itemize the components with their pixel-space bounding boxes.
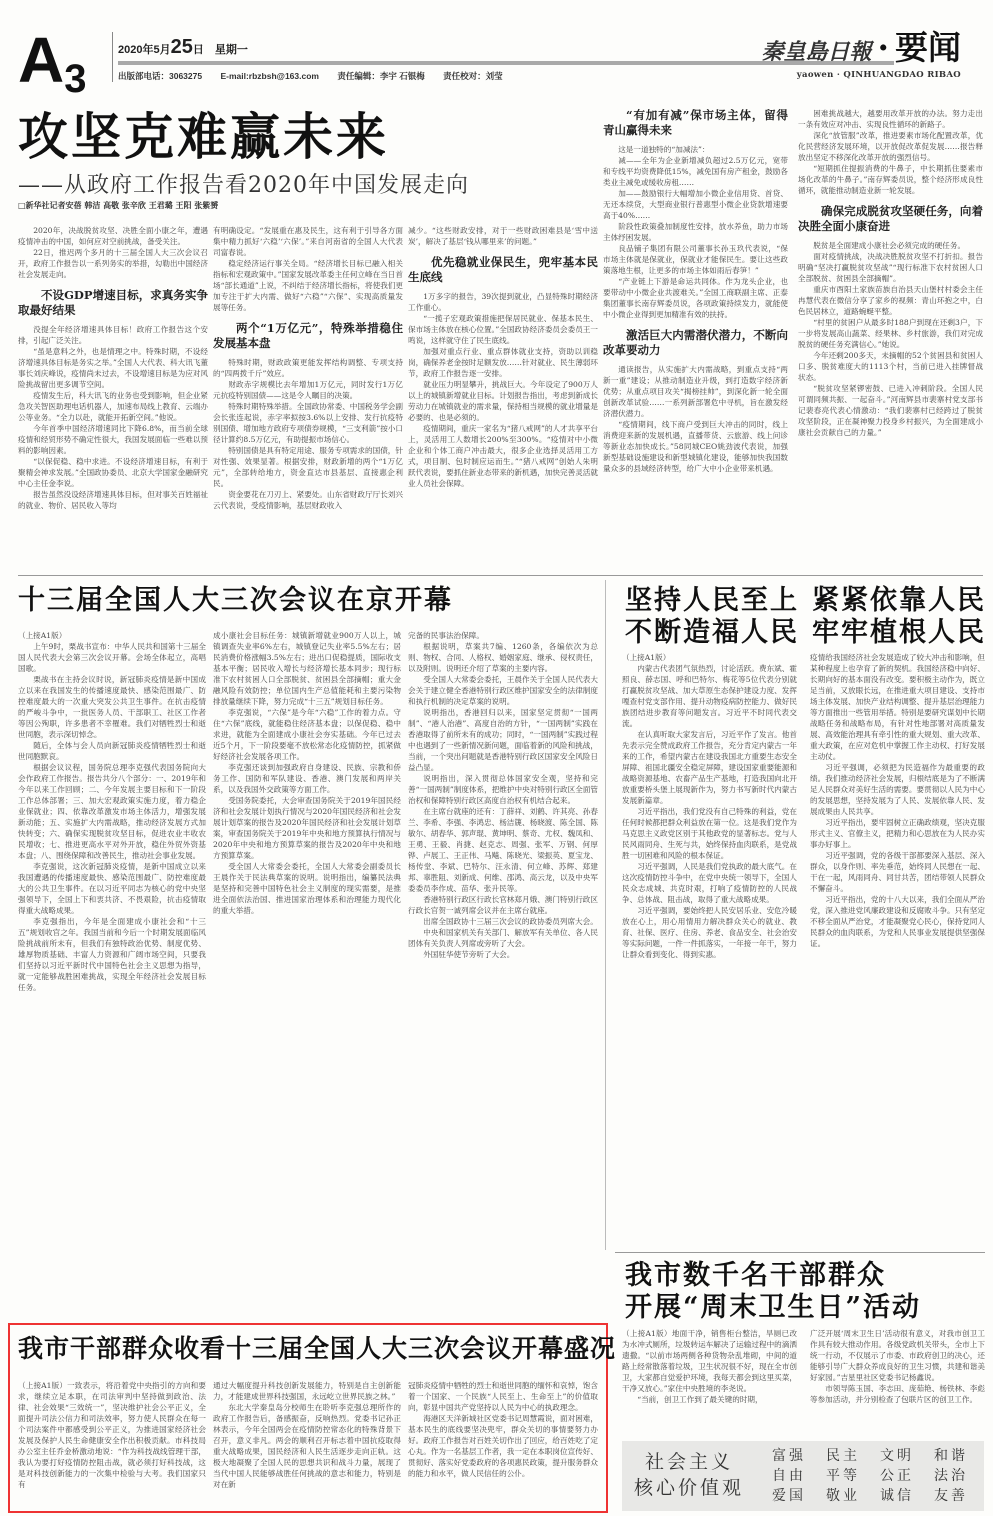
value-item: 公正 bbox=[880, 1467, 930, 1486]
hygiene-column-2: 广泛开展‘周末卫生日’活动很有意义，对我市创卫工作具有较大推动作用。各级党政机关… bbox=[810, 1328, 985, 1436]
paragraph: 东北大学秦皇岛分校师生在聆听李克强总理所作的政府工作报告后，备感振奋，反响热烈。… bbox=[213, 1402, 401, 1490]
headline-line: 坚持人民至上 bbox=[625, 585, 799, 617]
paragraph: 习近平强调，党的各级干部都要深入基层、深入群众，以身作则、率先垂范，始终同人民想… bbox=[810, 850, 985, 894]
paragraph: 疫情发生后，科大讯飞的业务也受到影响，但企业紧急攻关智医助理电话机器人，加速布局… bbox=[18, 390, 208, 423]
paragraph: 通读报告，从实施扩大内需战略，到重点支持“两新一重”建设；从推动制造业升级，到打… bbox=[603, 364, 788, 419]
paragraph: 香港特别行政区行政长官林郑月娥、澳门特别行政区行政长官贺一诚列席会议并在主席台就… bbox=[408, 894, 598, 916]
paragraph: 受全国人大常委会委托，王晨作关于全国人民代表大会关于建立健全香港特别行政区维护国… bbox=[408, 674, 598, 707]
paragraph: 疫情期间，重庆一家名为“猪八戒网”的人才共享平台上，灵活用工人数增长200%至3… bbox=[408, 423, 598, 489]
paragraph: 上午9时，栗战书宣布：中华人民共和国第十三届全国人民代表大会第三次会议开幕。会场… bbox=[18, 641, 206, 674]
paragraph: “脱贫攻坚紧锣密鼓、已进入冲刺阶段。全国人民可谓同频共振、一起奋斗。”河南辉县市… bbox=[798, 383, 983, 438]
column-divider bbox=[605, 580, 606, 1250]
lead-column-2: 有明确设定。“发展重在惠及民生，这有利于引导各方面集中精力抓好‘六稳’‘六保’。… bbox=[213, 225, 403, 570]
paragraph: 良品铺子集团有限公司董事长孙玉玖代表说，“保市场主体就是保就业，保就业才能保民生… bbox=[603, 243, 788, 276]
paragraph: 报告虽然没设经济增速具体目标，但对事关百姓福祉的就业、物价、居民收入等均 bbox=[18, 489, 208, 511]
paragraph: “疫情期间，线下商户受到巨大冲击的同时，线上消费迎来新的发展机遇，直播带货、云旅… bbox=[603, 419, 788, 474]
paragraph: 栗战书在主持会议时说，新冠肺炎疫情是新中国成立以来在我国发生的传播速度最快、感染… bbox=[18, 674, 206, 740]
paragraph: 加强对重点行业、重点群体就业支持，资助以训稳岗，确保养老金按时足额发放……针对就… bbox=[408, 346, 598, 379]
paragraph: 22日，推迟两个多月的十三届全国人大三次会议召开，政府工作报告以一系列务实的举措… bbox=[18, 247, 208, 280]
paragraph: “当前，创卫工作到了最关键的时期， bbox=[622, 1394, 797, 1405]
npc-column-1: （上接A1版） 上午9时，栗战书宣布：中华人民共和国第十三届全国人民代表大会第三… bbox=[18, 630, 206, 1320]
paragraph: （上接A1版）地面干净，销售柜台整洁，旱厕已改为水冲式厕所，垃圾转运车解决了运输… bbox=[622, 1328, 797, 1394]
paragraph: 习近平指出，要牢固树立正确政绩观，坚决克服形式主义、官僚主义，把精力和心思放在为… bbox=[810, 817, 985, 850]
masthead-info: 出版部电话：3063275 E-mail:rbzbsh@163.com 责任编辑… bbox=[118, 70, 519, 82]
core-values-grid: 富强 民主 文明 和谐 自由 平等 公正 法治 爱国 敬业 诚信 友善 bbox=[772, 1447, 984, 1506]
paragraph: 习近平指出，我们党没有自己特殊的利益，党在任何时候都把群众利益放在第一位。这是我… bbox=[622, 806, 797, 861]
core-values-title: 社会主义 核心价值观 bbox=[634, 1449, 744, 1501]
page-digit: 3 bbox=[64, 57, 86, 101]
value-item: 文明 bbox=[880, 1447, 930, 1466]
dateline: 2020年5月25日 星期一 bbox=[118, 36, 248, 59]
paragraph: 受国务院委托，大会审查国务院关于2019年国民经济和社会发展计划执行情况与202… bbox=[213, 795, 401, 861]
value-item: 爱国 bbox=[772, 1487, 822, 1506]
page-number: A3 bbox=[18, 28, 86, 102]
hygiene-column-1: （上接A1版）地面干净，销售柜台整洁，旱厕已改为水冲式厕所，垃圾转运车解决了运输… bbox=[622, 1328, 797, 1436]
paragraph: 说明指出，香港回归以来，国家坚定贯彻“一国两制”、“港人治港”、高度自治的方针，… bbox=[408, 707, 598, 773]
paragraph: 中央和国家机关有关部门、解放军有关单位、各人民团体有关负责人列席或旁听了大会。 bbox=[408, 927, 598, 949]
paragraph: 就业压力明显攀升，挑战巨大。今年设定了900万人以上的城镇新增就业目标。计划报告… bbox=[408, 379, 598, 423]
editors: 责任编辑：李宇 石银梅 bbox=[337, 71, 424, 81]
paragraph: 特殊时期，财政政策更能发挥结构调整、专项支持的“四两拨千斤”效应。 bbox=[213, 357, 403, 379]
paragraph: 1万多字的报告，39次提到就业，凸显特殊时期经济工作重心。 bbox=[408, 291, 598, 313]
headline-line: 紧紧依靠人民 bbox=[812, 585, 986, 617]
value-item: 敬业 bbox=[826, 1487, 876, 1506]
paragraph: 习近平强调，要始终把人民安居乐业、安危冷暖放在心上，用心用情用力解决群众关心的就… bbox=[622, 905, 797, 960]
npc-headline: 十三届全国人大三次会议在京开幕 bbox=[18, 585, 453, 616]
paper-name: 秦皇島日報 bbox=[761, 39, 871, 65]
paragraph: 市领导陈玉国、李志田、庞茹艳、杨铁林、李彪等参加活动，并分别检查了包联片区的创卫… bbox=[810, 1383, 985, 1405]
section-subhead: 确保完成脱贫攻坚硬任务，向着决胜全面小康奋进 bbox=[798, 204, 983, 234]
headline-line: 不断造福人民 bbox=[625, 617, 799, 649]
paragraph: 在认真听取大家发言后，习近平作了发言。他首先表示完全赞成政府工作报告，充分肯定内… bbox=[622, 729, 797, 806]
paragraph: 根据说明，草案共7编、1260条，各编依次为总则、物权、合同、人格权、婚姻家庭、… bbox=[408, 641, 598, 674]
page-letter: A bbox=[18, 24, 62, 96]
paragraph: 重庆市酉阳土家族苗族自治县天山堡村村委会主任冉慧代表在微信分享了家乡的视频：青山… bbox=[798, 284, 983, 317]
lead-column-5: 困难挑战越大，越要用改革开放的办法。努力走出一条有效应对冲击、实现良性循环的新路… bbox=[798, 108, 983, 570]
paragraph: “虽是意料之外，也是情理之中。特殊时期，不设经济增速具体目标是务实之举。”全国人… bbox=[18, 346, 208, 390]
paragraph: 特别国债是具有特定用途、服务专项需求的国债，针对性强、效果显著。根据安排，财政新… bbox=[213, 445, 403, 489]
paragraph: 今年首季中国经济增速同比下降6.8%，而当前全球疫情和经贸形势不确定性很大，我国… bbox=[18, 423, 208, 456]
email-link[interactable]: E-mail:rbzbsh@163.com bbox=[220, 71, 319, 81]
phone: 出版部电话：3063275 bbox=[118, 71, 202, 81]
headline-line: 开展“周末卫生日”活动 bbox=[625, 1292, 921, 1324]
hygiene-headline: 我市数千名干部群众 开展“周末卫生日”活动 bbox=[625, 1260, 921, 1325]
paragraph: 阶段性政策叠加制度性安排，放水养鱼，助力市场主体纾困发展。 bbox=[603, 221, 788, 243]
paragraph: 外国驻华使节旁听了大会。 bbox=[408, 949, 598, 960]
paragraph: 资金要花在刀刃上、紧要处。山东省财政厅厅长刘兴云代表说，受疫情影响，基层财政收入 bbox=[213, 489, 403, 511]
paragraph: 脱贫是全面建成小康社会必须完成的硬任务。 bbox=[798, 240, 983, 251]
xi-column-1: （上接A1版） 内蒙古代表团气氛热烈，讨论活跃。费东斌、霍照良、薛志国、呼和巴特… bbox=[622, 652, 797, 1247]
section-subhead: 两个“1万亿元”，特殊举措稳住发展基本盘 bbox=[213, 321, 403, 351]
paragraph: 加——鼓励银行大幅增加小微企业信用贷、首贷、无还本续贷，大型商业银行普惠型小微企… bbox=[603, 188, 788, 221]
title-line: 社会主义 bbox=[634, 1449, 744, 1475]
section-divider bbox=[18, 575, 983, 576]
date-suffix: 日 bbox=[193, 44, 204, 56]
paragraph: 随后，全体与会人员向新冠肺炎疫情牺牲烈士和逝世同胞默哀。 bbox=[18, 740, 206, 762]
xi-headline-right: 紧紧依靠人民 牢牢植根人民 bbox=[812, 585, 986, 650]
local-column-2: 通过大幅度提升科技创新发展能力，特别是自主创新能力，才能建成世界科技强国，永远屹… bbox=[213, 1380, 401, 1510]
weekday: 星期一 bbox=[215, 44, 248, 56]
paper-brand: 秦皇島日報·要闻 bbox=[761, 22, 961, 69]
paragraph: 李克强指出，今年是全面建成小康社会和“十三五”规划收官之年。我国当前和今后一个时… bbox=[18, 916, 206, 993]
value-item: 富强 bbox=[772, 1447, 822, 1466]
paragraph: 有明确设定。“发展重在惠及民生，这有利于引导各方面集中精力抓好‘六稳’‘六保’。… bbox=[213, 225, 403, 258]
section-subhead: 激活巨大内需潜伏潜力，不断向改革要动力 bbox=[603, 328, 788, 358]
paragraph: 出席全国政协十三届三次会议的政协委员列席大会。 bbox=[408, 916, 598, 927]
paragraph: （上接A1版）一致表示，将沿着党中央指引的方向和要求，继续立足本职，在司法审判中… bbox=[18, 1380, 206, 1490]
paragraph: 减——全年为企业新增减负超过2.5万亿元，宽带和专线平均资费降低15%，减免国有… bbox=[603, 155, 788, 188]
headline-line: 牢牢植根人民 bbox=[812, 617, 986, 649]
value-item: 友善 bbox=[934, 1487, 984, 1506]
section-name: 要闻 bbox=[895, 28, 961, 67]
lead-subtitle: ——从政府工作报告看2020年中国发展走向 bbox=[18, 168, 469, 199]
paragraph: 困难挑战越大，越要用改革开放的办法。努力走出一条有效应对冲击、实现良性循环的新路… bbox=[798, 108, 983, 130]
section-subhead: 优先稳就业保民生，兜牢基本民生底线 bbox=[408, 255, 598, 285]
lead-column-4: “有加有减”保市场主体，留得青山赢得未来 这是一道独特的“加减法”： 减——全年… bbox=[603, 108, 788, 570]
paragraph: 今年还剩200多天，未摘帽的52个贫困县和贫困人口多、脱贫难度大的1113个村，… bbox=[798, 350, 983, 383]
paragraph: 广泛开展‘周末卫生日’活动很有意义，对我市创卫工作具有较大推动作用。各级党政机关… bbox=[810, 1328, 985, 1383]
paragraph: 深化“放管服”改革，推进要素市场化配置改革，优化民营经济发展环境，以开放促改革促… bbox=[798, 130, 983, 163]
paragraph: 李克强说，这次新冠肺炎疫情，是新中国成立以来我国遭遇的传播速度最快、感染范围最广… bbox=[18, 861, 206, 916]
lead-column-1: 2020年，决战脱贫攻坚、决胜全面小康之年，遭遇疫情冲击的中国，如何应对空前挑战… bbox=[18, 225, 208, 570]
proofreader: 责任校对：刘莹 bbox=[443, 71, 503, 81]
paragraph: “产业链上下游是命运共同体。作为龙头企业，也要带动中小微企业共渡难关。”全国工商… bbox=[603, 276, 788, 320]
paragraph: 在主席台就座的还有：丁薛祥、刘鹤、许其亮、孙春兰、李希、李强、李鸿忠、杨洁篪、杨… bbox=[408, 806, 598, 894]
paragraph: 减少。“这些财政安排，对于一些财政困难县是‘雪中送炭’，解决了基层‘钱从哪里来’… bbox=[408, 225, 598, 247]
paragraph: 2020年，决战脱贫攻坚、决胜全面小康之年，遭遇疫情冲击的中国，如何应对空前挑战… bbox=[18, 225, 208, 247]
local-column-1: （上接A1版）一致表示，将沿着党中央指引的方向和要求，继续立足本职，在司法审判中… bbox=[18, 1380, 206, 1510]
paragraph: 没提全年经济增速具体目标！政府工作报告这个安排，引起广泛关注。 bbox=[18, 324, 208, 346]
xi-column-2: 疫情给我国经济社会发展造成了较大冲击和影响，但某种程度上也孕育了新的契机。我国经… bbox=[810, 652, 985, 1247]
value-item: 自由 bbox=[772, 1467, 822, 1486]
paragraph: 成小康社会目标任务：城镇新增就业900万人以上，城镇调查失业率6%左右，城镇登记… bbox=[213, 630, 401, 707]
brand-dot: · bbox=[878, 28, 890, 67]
local-headline: 我市干部群众收看十三届全国人大三次会议开幕盛况 bbox=[18, 1335, 616, 1364]
masthead-divider bbox=[112, 32, 113, 82]
section-subhead: 不设GDP增速目标，求真务实争取最好结果 bbox=[18, 288, 208, 318]
paragraph: 海港区天洋新城社区党委书记周慧霞说，面对困难，基本民生的底线要坚决兜牢，群众关切… bbox=[408, 1413, 598, 1479]
paragraph: 这是一道独特的“加减法”： bbox=[603, 144, 788, 155]
paragraph: 稳定经济运行事关全局。“经济增长目标已融入相关指标和宏观政策中。”国家发展改革委… bbox=[213, 258, 403, 313]
paragraph: 内蒙古代表团气氛热烈，讨论活跃。费东斌、霍照良、薛志国、呼和巴特尔、梅花等5位代… bbox=[622, 663, 797, 729]
core-values-banner: 社会主义 核心价值观 富强 民主 文明 和谐 自由 平等 公正 法治 爱国 敬业… bbox=[622, 1441, 984, 1511]
paragraph: 受全国人大常委会委托，全国人大常委会副委员长王晨作关于民法典草案的说明。说明指出… bbox=[213, 861, 401, 916]
value-item: 平等 bbox=[826, 1467, 876, 1486]
value-item: 法治 bbox=[934, 1467, 984, 1486]
paragraph: 冠肺炎疫情中牺牲的烈士和逝世同胞的缅怀和哀悼，饱含着一个国家、一个民族“人民至上… bbox=[408, 1380, 598, 1413]
paragraph: 完备的民事法治保障。 bbox=[408, 630, 598, 641]
paragraph: 李克强说，“六保”是今年“六稳”工作的着力点。守住“六保”底线，就能稳住经济基本… bbox=[213, 707, 401, 762]
lead-byline: □新华社记者安蓓 韩洁 高敬 张辛欣 王君璐 王阳 张紫赟 bbox=[18, 200, 218, 211]
paragraph: 说明指出，深入贯彻总体国家安全观，坚持和完善“一国两制”制度体系，把维护中央对特… bbox=[408, 773, 598, 806]
continued-label: （上接A1版） bbox=[18, 630, 206, 641]
value-item: 诚信 bbox=[880, 1487, 930, 1506]
date-prefix: 2020年5月 bbox=[118, 44, 171, 56]
xi-headline-left: 坚持人民至上 不断造福人民 bbox=[625, 585, 799, 650]
value-item: 和谐 bbox=[934, 1447, 984, 1466]
paragraph: 疫情给我国经济社会发展造成了较大冲击和影响，但某种程度上也孕育了新的契机。我国经… bbox=[810, 652, 985, 762]
section-english: yaowen · QINHUANGDAO RIBAO bbox=[797, 70, 961, 80]
paragraph: “短期抓住提振消费的牛鼻子，中长期抓住要素市场化改革的牛鼻子。”南存辉委员说，整… bbox=[798, 163, 983, 196]
value-item: 民主 bbox=[826, 1447, 876, 1466]
section-subhead: “有加有减”保市场主体，留得青山赢得未来 bbox=[603, 108, 788, 138]
title-line: 核心价值观 bbox=[634, 1475, 744, 1501]
lead-column-3: 减少。“这些财政安排，对于一些财政困难县是‘雪中送炭’，解决了基层‘钱从哪里来’… bbox=[408, 225, 598, 570]
paragraph: “一揽子宏观政策措施把保居民就业、保基本民生、保市场主体放在核心位置。”全国政协… bbox=[408, 313, 598, 346]
paragraph: “村里的贫困户从最多时188户到现在还剩3户，下一步将发展高山蔬菜、经果林、乡村… bbox=[798, 317, 983, 350]
date-day: 25 bbox=[171, 36, 193, 58]
paragraph: 根据会议议程，国务院总理李克强代表国务院向大会作政府工作报告。报告共分八个部分：… bbox=[18, 762, 206, 861]
paragraph: 面对疫情挑战，决战决胜脱贫攻坚不打折扣。报告明确“坚决打赢脱贫攻坚战”“现行标准… bbox=[798, 251, 983, 284]
continued-label: （上接A1版） bbox=[622, 652, 797, 663]
paragraph: 习近平强调，必须把为民造福作为最重要的政绩。我们推动经济社会发展，归根结底是为了… bbox=[810, 762, 985, 817]
npc-column-3: 完备的民事法治保障。 根据说明，草案共7编、1260条，各编依次为总则、物权、合… bbox=[408, 630, 598, 1320]
local-column-3: 冠肺炎疫情中牺牲的烈士和逝世同胞的缅怀和哀悼，饱含着一个国家、一个民族“人民至上… bbox=[408, 1380, 598, 1510]
paragraph: 李克强还谈到加强政府自身建设、民族、宗教和侨务工作、国防和军队建设、香港、澳门发… bbox=[213, 762, 401, 795]
section-divider bbox=[615, 1252, 985, 1253]
npc-column-2: 成小康社会目标任务：城镇新增就业900万人以上，城镇调查失业率6%左右，城镇登记… bbox=[213, 630, 401, 1320]
paragraph: “以保促稳、稳中求进。不设经济增速目标，有利于聚精会神求发展。”全国政协委员、北… bbox=[18, 456, 208, 489]
lead-headline: 攻坚克难赢未来 bbox=[18, 112, 389, 162]
headline-line: 我市数千名干部群众 bbox=[625, 1260, 921, 1292]
paragraph: 财政赤字规模比去年增加1万亿元，同时发行1万亿元抗疫特别国债——这是令人瞩目的决… bbox=[213, 379, 403, 401]
paragraph: 习近平强调，人民是我们党执政的最大底气。在这次疫情防控斗争中，在党中央统一领导下… bbox=[622, 861, 797, 905]
paragraph: 特殊时期特殊举措。全国政协常委、中国税务学会副会长张连起说，赤字率拟按3.6%以… bbox=[213, 401, 403, 445]
paragraph: 通过大幅度提升科技创新发展能力，特别是自主创新能力，才能建成世界科技强国，永远屹… bbox=[213, 1380, 401, 1402]
paragraph: 习近平指出，党的十八大以来，我们全面从严治党，深入推进党风廉政建设和反腐败斗争。… bbox=[810, 894, 985, 949]
